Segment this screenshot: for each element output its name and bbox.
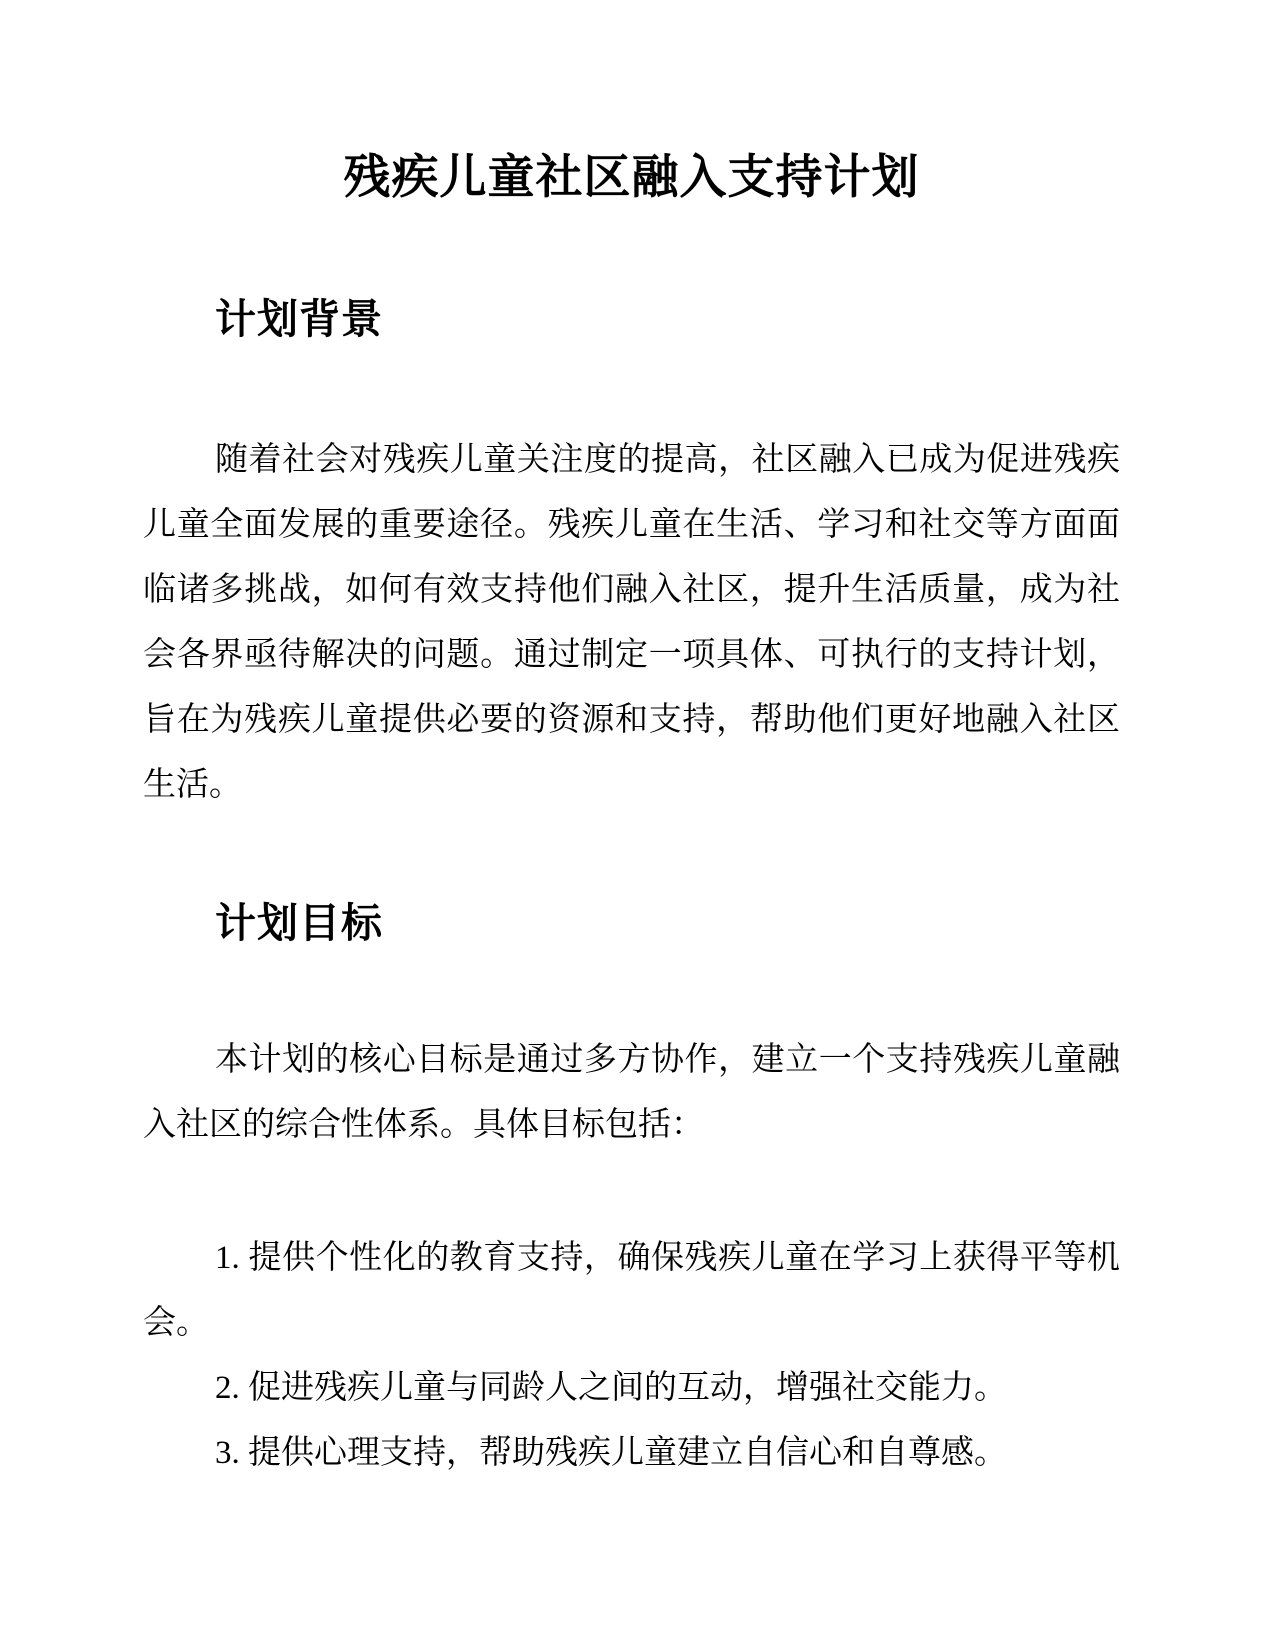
goal-list: 1. 提供个性化的教育支持，确保残疾儿童在学习上获得平等机会。 2. 促进残疾儿… [143, 1226, 1120, 1486]
plan-goals-paragraph: 本计划的核心目标是通过多方协作，建立一个支持残疾儿童融入社区的综合性体系。具体目… [143, 1028, 1120, 1158]
document-content: 残疾儿童社区融入支持计划 计划背景 随着社会对残疾儿童关注度的提高，社区融入已成… [0, 0, 1275, 1486]
goal-item-3: 3. 提供心理支持，帮助残疾儿童建立自信心和自尊感。 [143, 1421, 1120, 1486]
section-heading-plan-background: 计划背景 [143, 295, 1120, 343]
goal-item-2: 2. 促进残疾儿童与同龄人之间的互动，增强社交能力。 [143, 1356, 1120, 1421]
section-heading-plan-goals: 计划目标 [143, 899, 1120, 947]
document-title: 残疾儿童社区融入支持计划 [143, 148, 1120, 206]
goal-item-1: 1. 提供个性化的教育支持，确保残疾儿童在学习上获得平等机会。 [143, 1226, 1120, 1356]
document-page: 残疾儿童社区融入支持计划 计划背景 随着社会对残疾儿童关注度的提高，社区融入已成… [0, 0, 1275, 1650]
plan-background-paragraph: 随着社会对残疾儿童关注度的提高，社区融入已成为促进残疾儿童全面发展的重要途径。残… [143, 428, 1120, 818]
